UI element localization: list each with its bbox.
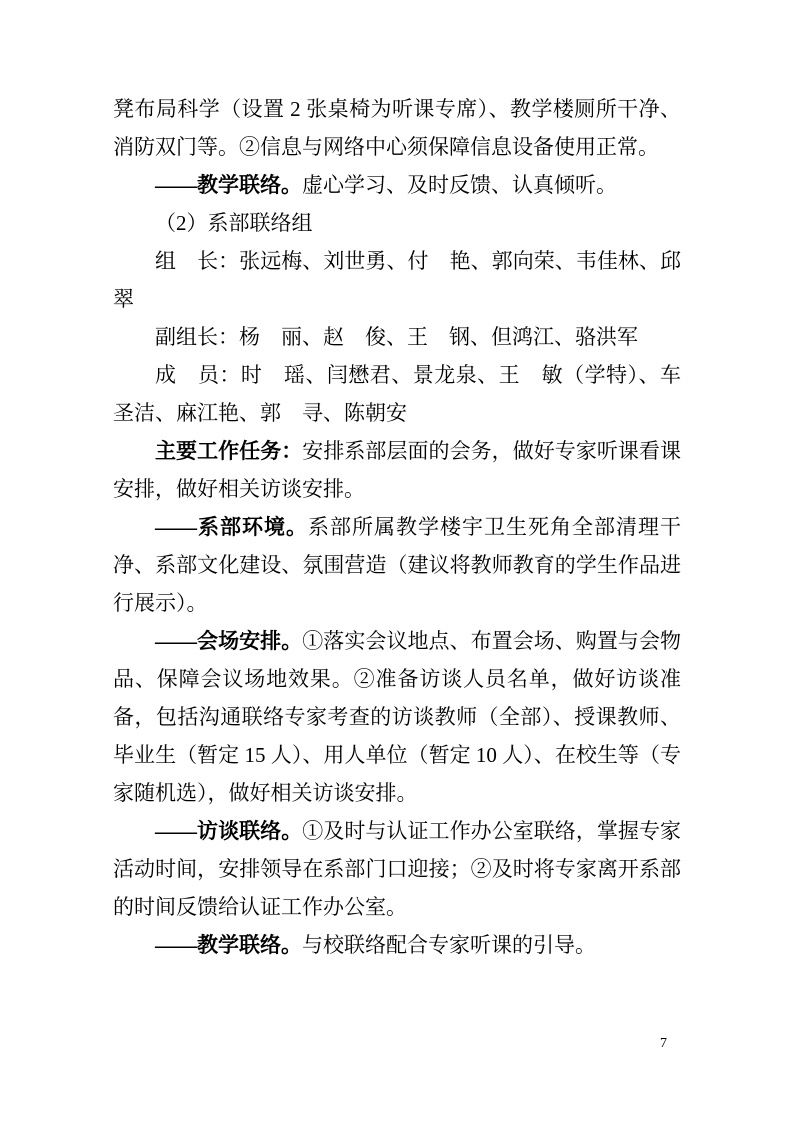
paragraph: ——会场安排。①落实会议地点、布置会场、购置与会物品、保障会议场地效果。②准备访…	[113, 622, 681, 812]
paragraph: ——教学联络。与校联络配合专家听课的引导。	[113, 926, 681, 964]
text-run: 成 员：时 瑶、闫懋君、景龙泉、王 敏（学特）、车圣洁、麻江艳、郭 寻、陈朝安	[113, 363, 681, 425]
emphasis-run: ——教学联络。	[155, 173, 302, 197]
paragraph: （2）系部联络组	[113, 204, 681, 242]
paragraph: 主要工作任务：安排系部层面的会务，做好专家听课看课安排，做好相关访谈安排。	[113, 432, 681, 508]
paragraph: ——教学联络。虚心学习、及时反馈、认真倾听。	[113, 166, 681, 204]
text-run: 凳布局科学（设置 2 张桌椅为听课专席）、教学楼厕所干净、消防双门等。②信息与网…	[113, 97, 681, 159]
emphasis-run: ——教学联络。	[155, 933, 302, 957]
text-run: 副组长：杨 丽、赵 俊、王 钢、但鸿江、骆洪军	[155, 325, 638, 349]
emphasis-run: ——系部环境。	[155, 515, 308, 539]
paragraph: ——系部环境。系部所属教学楼宇卫生死角全部清理干净、系部文化建设、氛围营造（建议…	[113, 508, 681, 622]
emphasis-run: 主要工作任务：	[155, 439, 302, 463]
emphasis-run: ——会场安排。	[155, 629, 302, 653]
document-page: 凳布局科学（设置 2 张桌椅为听课专席）、教学楼厕所干净、消防双门等。②信息与网…	[0, 0, 793, 1122]
text-run: 虚心学习、及时反馈、认真倾听。	[302, 173, 617, 197]
text-run: ①落实会议地点、布置会场、购置与会物品、保障会议场地效果。②准备访谈人员名单，做…	[113, 629, 681, 805]
paragraph: 成 员：时 瑶、闫懋君、景龙泉、王 敏（学特）、车圣洁、麻江艳、郭 寻、陈朝安	[113, 356, 681, 432]
document-body: 凳布局科学（设置 2 张桌椅为听课专席）、教学楼厕所干净、消防双门等。②信息与网…	[113, 90, 681, 964]
paragraph: 凳布局科学（设置 2 张桌椅为听课专席）、教学楼厕所干净、消防双门等。②信息与网…	[113, 90, 681, 166]
paragraph: 组 长：张远梅、刘世勇、付 艳、郭向荣、韦佳林、邱 翠	[113, 242, 681, 318]
text-run: 组 长：张远梅、刘世勇、付 艳、郭向荣、韦佳林、邱 翠	[113, 249, 702, 311]
paragraph: ——访谈联络。①及时与认证工作办公室联络，掌握专家活动时间，安排领导在系部门口迎…	[113, 812, 681, 926]
text-run: （2）系部联络组	[155, 211, 313, 235]
paragraph: 副组长：杨 丽、赵 俊、王 钢、但鸿江、骆洪军	[113, 318, 681, 356]
text-run: 与校联络配合专家听课的引导。	[302, 933, 596, 957]
emphasis-run: ——访谈联络。	[155, 819, 302, 843]
page-number: 7	[660, 1034, 667, 1054]
